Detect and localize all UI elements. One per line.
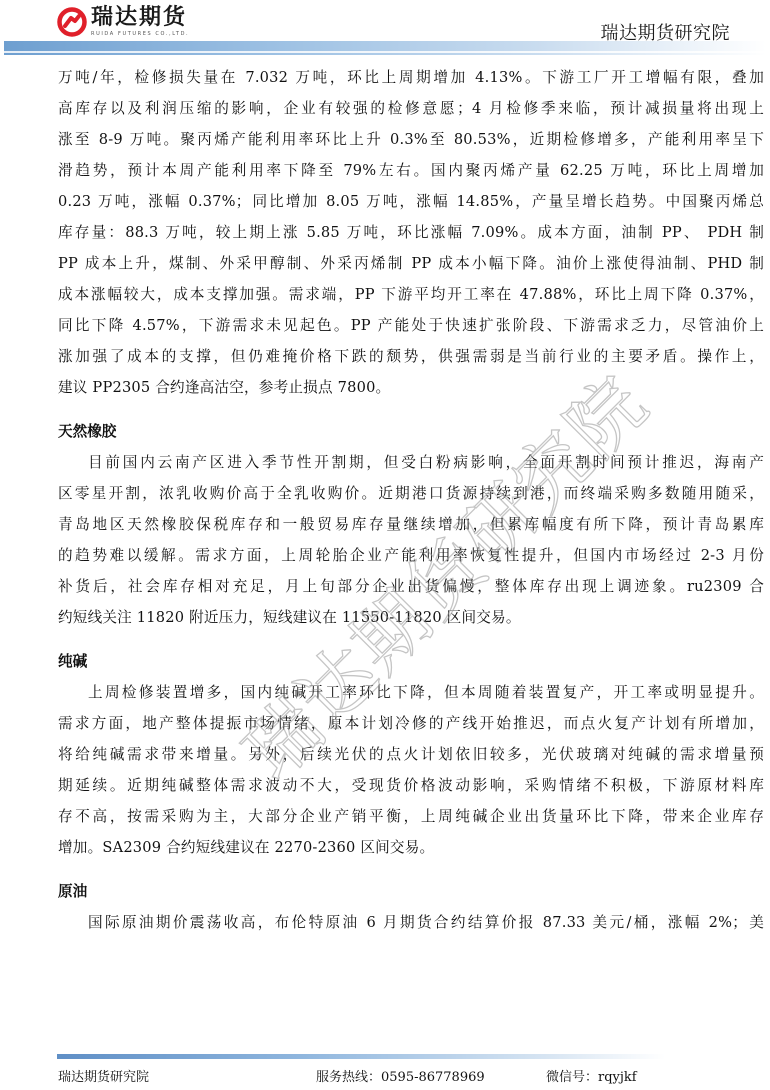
footer-wechat: 微信号：rqyjkf (546, 1066, 637, 1085)
section-soda-ash: 纯碱 上周检修装置增多，国内纯碱开工率环比下降，但本周随着装置复产，开工率或明显… (58, 646, 764, 863)
paragraph-line: 国际原油期价震荡收高，布伦特原油 6 月期货合约结算价报 87.33 美元/桶，… (58, 907, 764, 938)
paragraph-line: 涨至 8-9 万吨。聚丙烯产能利用率环比上升 0.3%至 80.53%，近期检修… (58, 124, 764, 155)
paragraph-line: 滑趋势，预计本周产能利用率下降至 79%左右。国内聚丙烯产量 62.25 万吨，… (58, 155, 764, 186)
paragraph-line: 区零星开割，浓乳收购价高于全乳收购价。近期港口货源持续到港，而终端采购多数随用随… (58, 478, 764, 509)
paragraph-line: 上周检修装置增多，国内纯碱开工率环比下降，但本周随着装置复产，开工率或明显提升。 (58, 677, 764, 708)
paragraph-line: 高库存以及利润压缩的影响，企业有较强的检修意愿；4 月检修季来临，预计减损量将出… (58, 93, 764, 124)
paragraph-line: 万吨/年，检修损失量在 7.032 万吨，环比上周期增加 4.13%。下游工厂开… (58, 62, 764, 93)
document-body: 万吨/年，检修损失量在 7.032 万吨，环比上周期增加 4.13%。下游工厂开… (58, 62, 764, 938)
paragraph-line: 建议 PP2305 合约逢高沽空，参考止损点 7800。 (58, 372, 764, 403)
paragraph-line: 涨加强了成本的支撑，但仍难掩价格下跌的颓势，供强需弱是当前行业的主要矛盾。操作上… (58, 341, 764, 372)
company-logo: 瑞达期货 RUIDA FUTURES CO.,LTD. (57, 5, 189, 39)
footer-hotline: 服务热线：0595-86778969 (316, 1066, 485, 1085)
paragraph-line: 同比下降 4.57%，下游需求未见起色。PP 产能处于快速扩张阶段、下游需求乏力… (58, 310, 764, 341)
section-polypropylene: 万吨/年，检修损失量在 7.032 万吨，环比上周期增加 4.13%。下游工厂开… (58, 62, 764, 403)
ruida-logo-icon (57, 7, 87, 37)
page-footer: 瑞达期货研究院 服务热线：0595-86778969 微信号：rqyjkf (58, 1066, 708, 1086)
header-divider-bar (4, 41, 766, 55)
section-natural-rubber: 天然橡胶 目前国内云南产区进入季节性开割期，但受白粉病影响，全面开割时间预计推迟… (58, 416, 764, 633)
section-heading: 天然橡胶 (58, 416, 764, 447)
paragraph-line: 将给纯碱需求带来增量。另外，后续光伏的点火计划依旧较多，光伏玻璃对纯碱的需求增量… (58, 739, 764, 770)
paragraph-line: 增加。SA2309 合约短线建议在 2270-2360 区间交易。 (58, 832, 764, 863)
paragraph-line: 目前国内云南产区进入季节性开割期，但受白粉病影响，全面开割时间预计推迟，海南产 (58, 447, 764, 478)
paragraph-line: 0.23 万吨，涨幅 0.37%；同比增加 8.05 万吨，涨幅 14.85%，… (58, 186, 764, 217)
paragraph-line: PP 成本上升，煤制、外采甲醇制、外采丙烯制 PP 成本小幅下降。油价上涨使得油… (58, 248, 764, 279)
logo-english-name: RUIDA FUTURES CO.,LTD. (91, 32, 189, 37)
footer-divider-bar (57, 1054, 665, 1059)
footer-organization: 瑞达期货研究院 (58, 1066, 149, 1085)
paragraph-line: 需求方面，地产整体提振市场情绪，原本计划冷修的产线开始推迟，而点火复产计划有所增… (58, 708, 764, 739)
section-heading: 纯碱 (58, 646, 764, 677)
page-header: 瑞达期货 RUIDA FUTURES CO.,LTD. 瑞达期货研究院 (0, 0, 770, 56)
section-heading: 原油 (58, 876, 764, 907)
section-crude-oil: 原油 国际原油期价震荡收高，布伦特原油 6 月期货合约结算价报 87.33 美元… (58, 876, 764, 938)
paragraph-line: 期延续。近期纯碱整体需求波动不大，受现货价格波动影响，采购情绪不积极，下游原材料… (58, 770, 764, 801)
paragraph-line: 补货后，社会库存相对充足，月上旬部分企业出货偏慢，整体库存出现上调迹象。ru23… (58, 571, 764, 602)
paragraph-line: 青岛地区天然橡胶保税库存和一般贸易库存量继续增加，但累库幅度有所下降，预计青岛累… (58, 509, 764, 540)
paragraph-line: 成本涨幅较大，成本支撑加强。需求端，PP 下游平均开工率在 47.88%，环比上… (58, 279, 764, 310)
paragraph-line: 库存量：88.3 万吨，较上期上涨 5.85 万吨，环比涨幅 7.09%。成本方… (58, 217, 764, 248)
paragraph-line: 的趋势难以缓解。需求方面，上周轮胎企业产能利用率恢复性提升，但国内市场经过 2-… (58, 540, 764, 571)
paragraph-line: 存不高，按需采购为主，大部分企业产销平衡，上周纯碱企业出货量环比下降，带来企业库… (58, 801, 764, 832)
paragraph-line: 约短线关注 11820 附近压力，短线建议在 11550-11820 区间交易。 (58, 602, 764, 633)
logo-chinese-name: 瑞达期货 (91, 7, 189, 29)
